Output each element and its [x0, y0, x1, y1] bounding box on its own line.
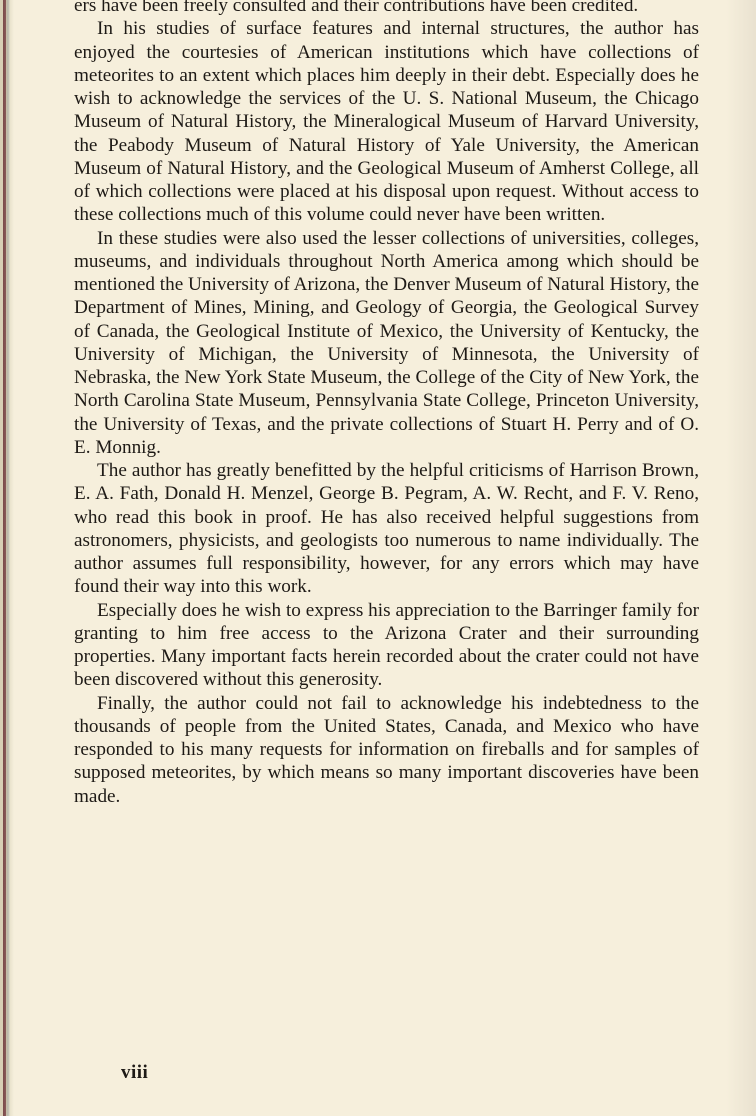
paragraph-continuation: ers have been freely consulted and their… — [74, 0, 699, 17]
book-spine-edge — [0, 0, 14, 1116]
body-text: ers have been freely consulted and their… — [74, 0, 699, 808]
page-number: viii — [121, 1062, 148, 1084]
paragraph-lesser-collections: In these studies were also used the less… — [74, 227, 699, 460]
page-shadow — [726, 0, 756, 1116]
paragraph-barringer: Especially does he wish to express his a… — [74, 599, 699, 692]
paragraph-criticisms: The author has greatly benefitted by the… — [74, 459, 699, 599]
paragraph-institutions: In his studies of surface features and i… — [74, 17, 699, 226]
paragraph-finally: Finally, the author could not fail to ac… — [74, 692, 699, 808]
